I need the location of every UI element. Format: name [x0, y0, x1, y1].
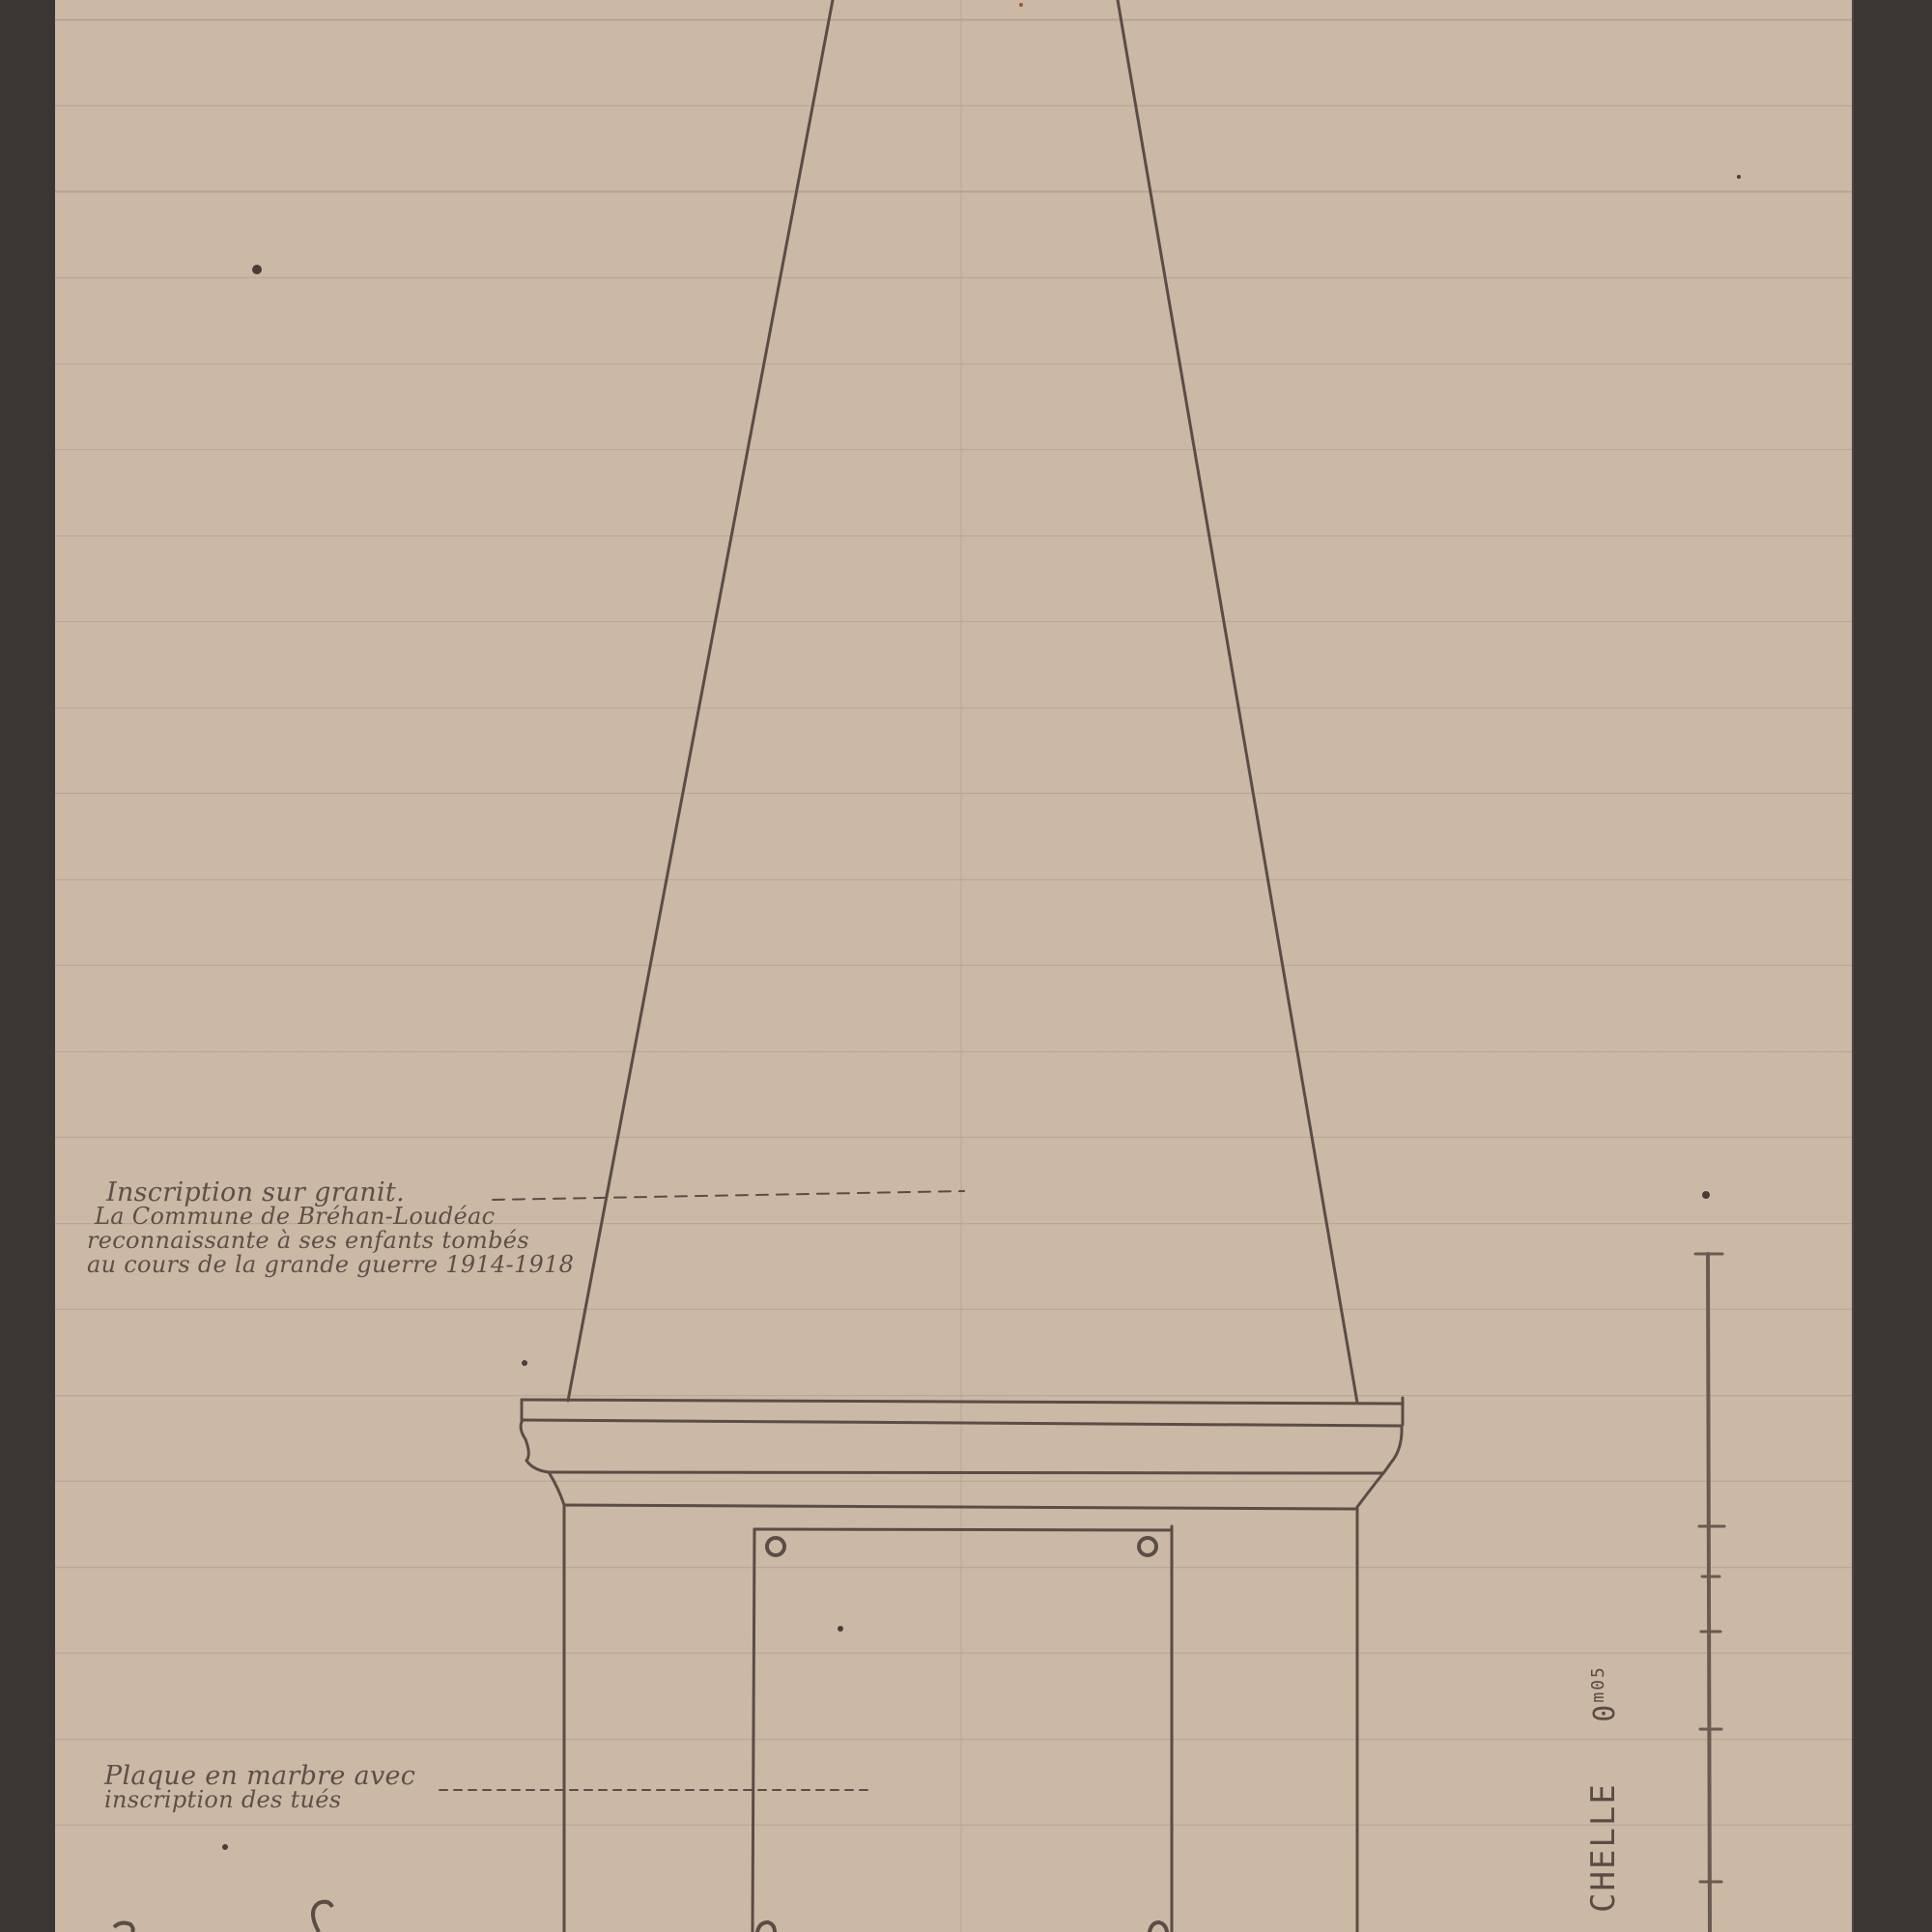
bottom-partial-handwriting — [114, 1902, 332, 1932]
obelisk-shaft — [568, 0, 1357, 1403]
plaque-annotation: Plaque en marbre avec inscription des tu… — [104, 1764, 415, 1812]
scale-bar — [1695, 1254, 1724, 1932]
inscription-line-3: au cours de la grande guerre 1914-1918 — [87, 1253, 574, 1277]
plaque-bolt-bottom-right — [1150, 1922, 1167, 1932]
plaque-line-2: inscription des tués — [104, 1788, 415, 1812]
scale-value: 0m05 — [1588, 1665, 1622, 1722]
paper-specks — [222, 3, 1741, 1850]
plaque-bolt-bottom-left — [757, 1922, 775, 1932]
plaque-bolt-top-left — [767, 1538, 784, 1555]
inscription-title: Inscription sur granit. — [106, 1180, 574, 1205]
scale-label: CHELLE 0m05 — [1584, 1665, 1623, 1913]
scale-label-text: CHELLE — [1584, 1782, 1623, 1913]
plaque-bolt-top-right — [1139, 1538, 1156, 1555]
pedestal-cornice — [521, 1398, 1403, 1509]
inscription-line-2: reconnaissante à ses enfants tombés — [87, 1229, 574, 1253]
plaque-line-1: Plaque en marbre avec — [104, 1764, 415, 1788]
obelisk-elevation-drawing — [0, 0, 1932, 1932]
inscription-line-1: La Commune de Bréhan-Loudéac — [95, 1205, 574, 1229]
marble-plaque — [753, 1526, 1172, 1932]
inscription-annotation: Inscription sur granit. La Commune de Br… — [106, 1180, 574, 1277]
